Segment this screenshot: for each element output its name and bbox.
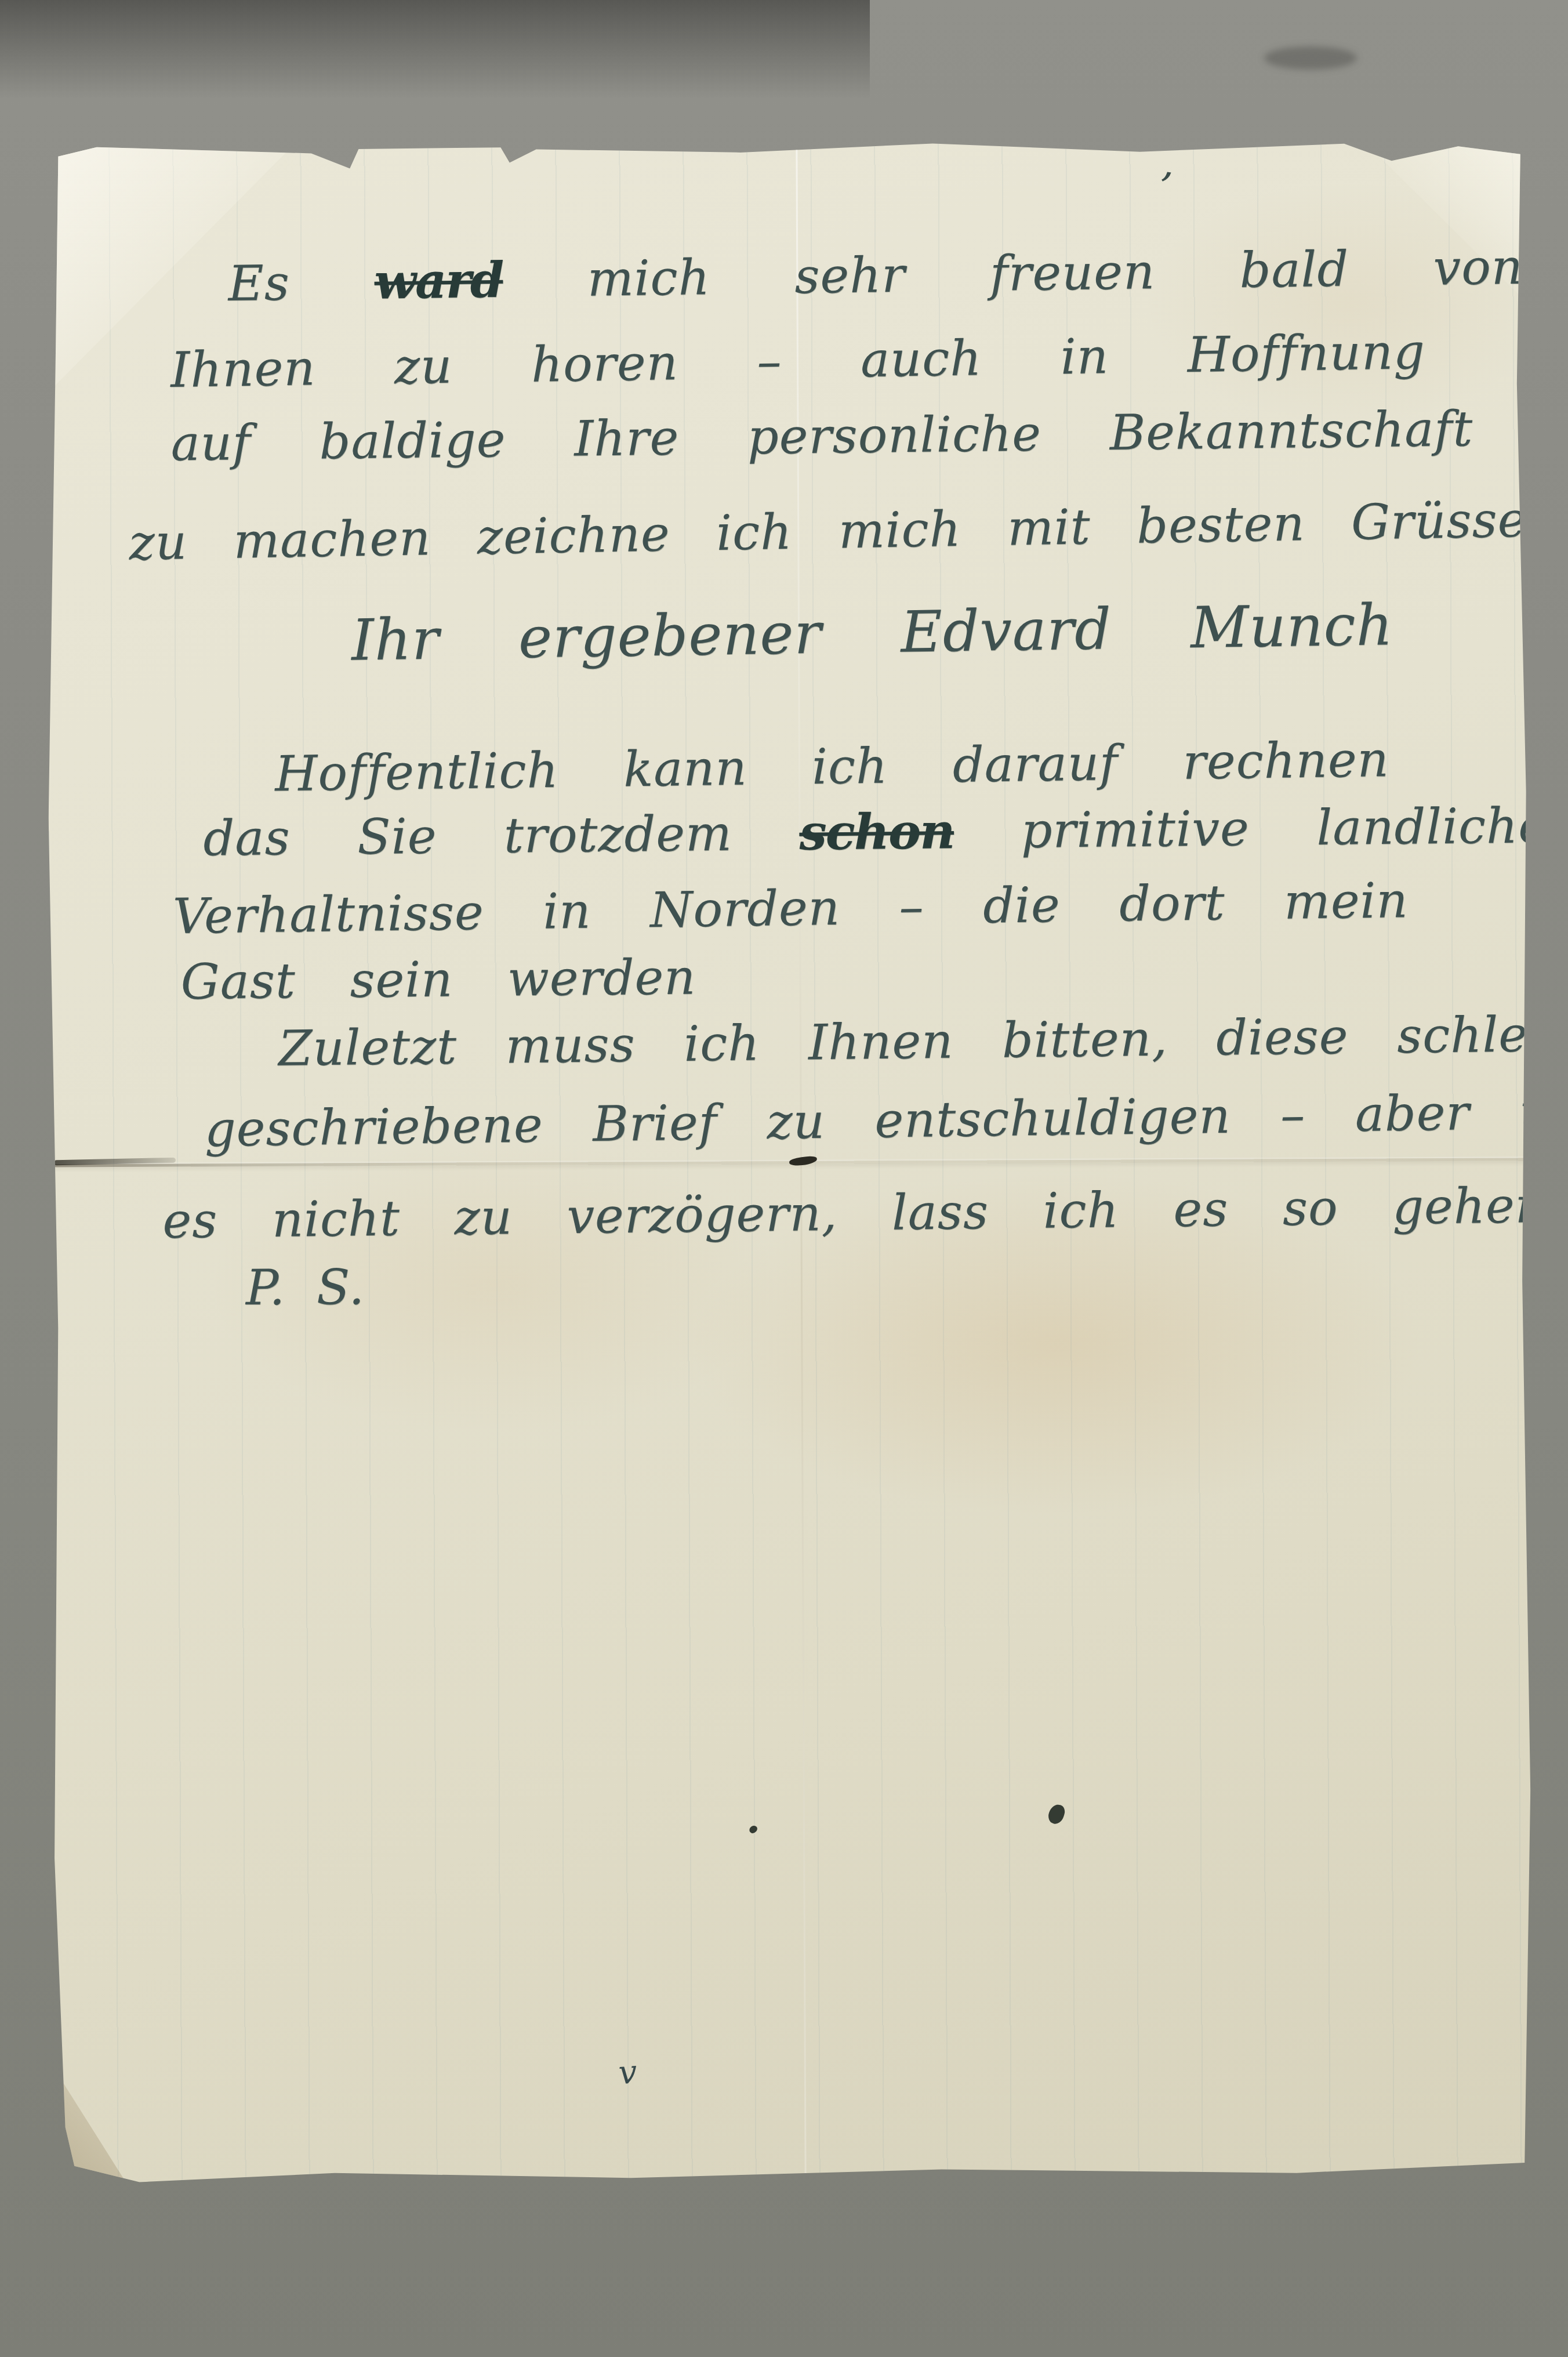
line1-overwritten-word: ward [374,251,503,310]
stray-pen-tick: ’ [713,133,735,182]
handwritten-line-1: Es ward mich sehr freuen bald von [228,238,1524,312]
line7-post: primitive landliche. [1021,797,1564,859]
handwritten-line-8: Verhaltnisse in Norden – die dort mein [173,872,1409,945]
handwritten-line-2: Ihnen zu horen – auch in Hoffnung [170,323,1425,398]
handwritten-line-6: Hoffentlich kann ich darauf rechnen [274,731,1389,802]
line7-pre: das Sie trotzdem [203,805,732,867]
line7-struck-word: schon [799,802,954,861]
handwritten-line-9: Gast sein werden [180,948,696,1010]
ink-speck [1046,1803,1066,1826]
line1-pre: Es [228,255,291,312]
handwritten-line-11: geschriebene Brief zu entschuldigen – ab… [204,1082,1568,1157]
small-check-ink-mark: v [617,2053,638,2092]
background-smudge [1264,46,1357,70]
letter-page: Es ward mich sehr freuen bald von Ihnen … [45,139,1533,2184]
handwritten-line-12: es nicht zu verzögern, lass ich es so ge… [162,1177,1547,1249]
handwritten-line-10: Zuletzt muss ich Ihnen bitten, diese sch… [278,1005,1568,1077]
background-shadow-band [0,0,870,99]
corner-wear-bottom-left [53,2028,187,2185]
handwritten-line-3: auf baldige Ihre personliche Bekanntscha… [170,400,1473,472]
handwritten-line-7: das Sie trotzdem schon primitive landlic… [203,796,1564,867]
photograph-background: Es ward mich sehr freuen bald von Ihnen … [0,0,1568,2357]
stray-pen-tick: ’ [1155,163,1174,212]
postscript-label: P. S. [246,1259,365,1316]
ink-blot-on-fold [789,1155,817,1166]
signature-line: Ihr ergebener Edvard Munch [351,592,1393,674]
handwritten-line-4: zu machen zeichne ich mich mit besten Gr… [129,491,1527,571]
line1-post: mich sehr freuen bald von [587,238,1523,307]
ink-speck [748,1824,758,1834]
